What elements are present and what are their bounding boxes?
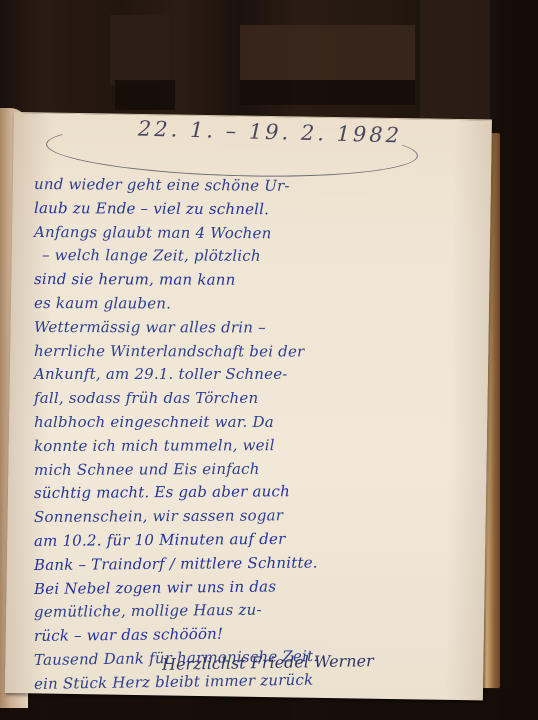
- text-line: herrliche Winterlandschaft bei der: [34, 340, 494, 365]
- text-line: – welch lange Zeit, plötzlich: [34, 244, 494, 269]
- text-line: Anfangs glaubt man 4 Wochen: [34, 221, 494, 247]
- text-line: laub zu Ende – viel zu schnell.: [34, 197, 494, 223]
- background-block: [500, 0, 538, 720]
- text-line: Ankunft, am 29.1. toller Schnee-: [34, 363, 494, 387]
- background-block: [110, 15, 170, 85]
- background-block: [240, 25, 415, 80]
- text-line: Wettermässig war alles drin –: [34, 316, 494, 341]
- signature: Herzlichst Friedel Werner: [162, 651, 374, 674]
- text-line: und wieder geht eine schöne Ur-: [34, 173, 494, 200]
- text-line: süchtig macht. Es gab aber auch: [34, 479, 494, 506]
- background-block: [420, 0, 490, 120]
- text-line: konnte ich mich tummeln, weil: [34, 433, 494, 458]
- text-line: fall, sodass früh das Törchen: [34, 387, 494, 411]
- background-block: [240, 80, 415, 105]
- handwritten-text-body: und wieder geht eine schöne Ur- laub zu …: [34, 173, 494, 697]
- text-line: am 10.2. für 10 Minuten auf der: [34, 526, 494, 554]
- text-line: halbhoch eingeschneit war. Da: [34, 411, 494, 435]
- text-line: sind sie herum, man kann: [34, 268, 494, 293]
- background-block: [115, 80, 175, 110]
- text-line: es kaum glauben.: [34, 292, 494, 317]
